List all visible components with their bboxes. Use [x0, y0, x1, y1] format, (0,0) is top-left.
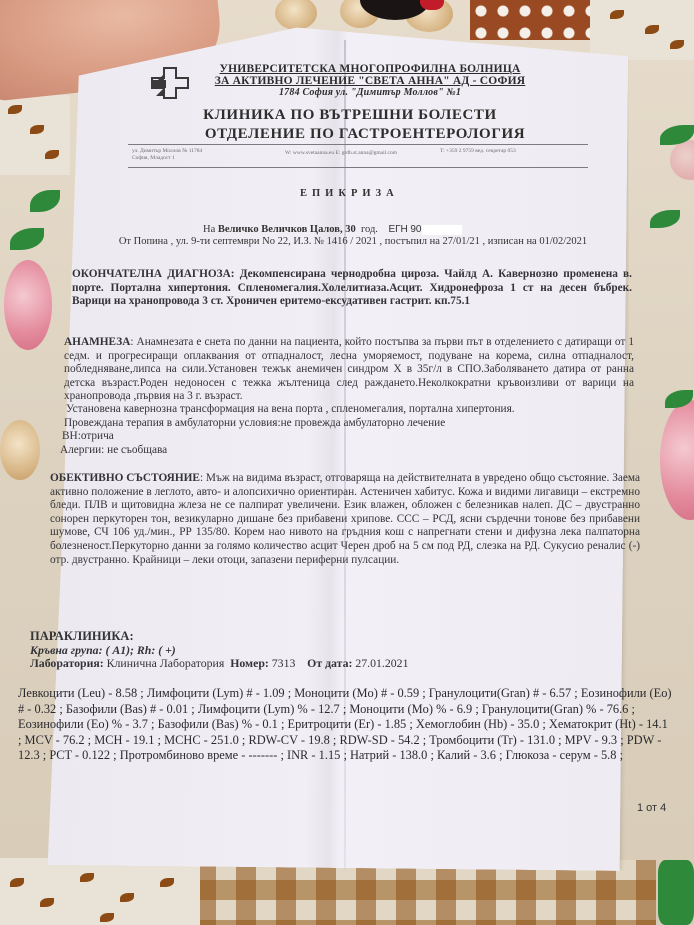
final-diagnosis: ОКОНЧАТЕЛНА ДИАГНОЗА: Декомпенсирана чер… — [72, 268, 632, 309]
lab-result-item: Гранулоцити(Gran) % - 76.6 ; — [482, 702, 635, 716]
objective-heading: ОБЕКТИВНО СЪСТОЯНИЕ — [50, 472, 200, 484]
lab-result-value: 6.9 — [457, 702, 473, 716]
lab-result-item: Тромбоцити (Tr) - 131.0 ; — [429, 733, 564, 747]
lab-result-value: 131.0 — [527, 733, 555, 747]
lab-result-item: Еритроцити (Er) - 1.85 ; — [288, 717, 416, 731]
patient-line: На Величко Величков Цалов, 30 год. ЕГН 9… — [203, 224, 462, 235]
document-title: ЕПИКРИЗА — [300, 188, 399, 199]
lab-result-value: 3.6 — [480, 748, 496, 762]
lab-result-value: 19.8 — [308, 733, 330, 747]
lab-result-value: ------- — [248, 748, 277, 762]
lab-result-value: 9.3 — [602, 733, 618, 747]
lab-result-item: Калий - 3.6 ; — [437, 748, 506, 762]
lab-result-item: MCHC - 251.0 ; — [164, 733, 248, 747]
lab-date-label: От дата: — [307, 656, 352, 670]
lab-result-value: 76.6 — [607, 702, 629, 716]
hospital-address: 1784 София ул. "Димитър Моллов" №1 — [200, 87, 540, 99]
lab-result-name: Тромбоцити (Tr) - — [429, 733, 527, 747]
lab-result-item: Моноцити (Mo) # - 0.59 ; — [294, 686, 429, 700]
diagnosis-heading: ОКОНЧАТЕЛНА ДИАГНОЗА: — [72, 268, 235, 280]
vine-pattern — [0, 858, 200, 925]
lab-result-name: PDW - — [627, 733, 662, 747]
lab-result-value: 5.8 — [601, 748, 617, 762]
lab-result-value: 12.7 — [318, 702, 340, 716]
lab-date: 27.01.2021 — [355, 656, 408, 670]
divider — [128, 144, 588, 145]
lab-result-item: Лимфоцити (Lym) % - 12.7 ; — [198, 702, 350, 716]
hospital-name-line2: за активно лечение "Света Анна" АД - Соф… — [200, 75, 540, 87]
lab-result-name: Еозинофили (Eo) % - — [18, 717, 132, 731]
paraclinic-section: ПАРАКЛИНИКА: Кръвна група: ( A1); Rh: ( … — [30, 630, 660, 671]
lab-result-value: 0.01 — [167, 702, 189, 716]
contact-district: София, Младост 1 — [132, 155, 202, 162]
lab-result-name: Лимфоцити (Lym) % - — [198, 702, 318, 716]
lab-result-name: Калий - — [437, 748, 480, 762]
lab-result-name: Левкоцити (Leu) - — [18, 686, 116, 700]
lab-result-value: 76.2 — [63, 733, 85, 747]
paraclinic-heading: ПАРАКЛИНИКА: — [30, 630, 660, 644]
age-unit: год. — [361, 224, 378, 235]
egn-value: 90 — [410, 224, 421, 235]
lab-result-item: Левкоцити (Leu) - 8.58 ; — [18, 686, 147, 700]
lab-result-value: 14.1 — [646, 717, 668, 731]
hospital-name-line1: Университетска многопрофилна болница — [200, 63, 540, 75]
lab-result-item: Базофили (Bas) % - 0.1 ; — [158, 717, 288, 731]
lab-result-name: RDW-SD - — [339, 733, 398, 747]
lab-result-item: Базофили (Bas) # - 0.01 ; — [66, 702, 198, 716]
anamnesis-line-portal: Установена кавернозна трансформация на в… — [60, 403, 580, 417]
lab-result-name: MPV - — [565, 733, 602, 747]
lab-result-name: Моноцити (Mo) # - — [294, 686, 397, 700]
anamnesis-line-vn: ВН:отрича — [60, 430, 580, 444]
lab-result-item: Хемоглобин (Hb) - 35.0 ; — [416, 717, 549, 731]
clinic-name: КЛИНИКА ПО ВЪТРЕШНИ БОЛЕСТИ — [180, 107, 520, 124]
lab-result-item: Глюкоза - серум - 5.8 ; — [506, 748, 623, 762]
lab-result-item: PCT - 0.122 ; — [49, 748, 119, 762]
lab-result-value: 0.122 — [82, 748, 110, 762]
lab-result-name: Гранулоцити(Gran) % - — [482, 702, 607, 716]
lab-result-item: Лимфоцити (Lym) # - 1.09 ; — [147, 686, 294, 700]
lab-result-item: Протромбиново време - ------- ; — [120, 748, 287, 762]
lab-result-value: 12.3 — [18, 748, 40, 762]
lab-result-name: Гранулоцити(Gran) # - — [429, 686, 550, 700]
lab-result-name: Натрий - — [350, 748, 399, 762]
anamnesis-line-therapy: Провеждана терапия в амбулаторни условия… — [60, 417, 580, 431]
hospital-cross-logo-icon — [150, 66, 190, 100]
lab-result-name: Глюкоза - серум - — [506, 748, 601, 762]
lab-result-name: MCHC - — [164, 733, 211, 747]
lab-result-value: 251.0 — [211, 733, 239, 747]
contact-phone: T: +359 2 9759 вед. секретар 053 — [440, 148, 516, 155]
lab-result-name: Базофили (Bas) # - — [66, 702, 167, 716]
leaf-print — [658, 860, 694, 925]
lab-number-label: Номер: — [230, 656, 269, 670]
lab-result-item: MCV - 76.2 ; — [25, 733, 95, 747]
lab-name: Клинична Лаборатория — [107, 656, 225, 670]
lab-result-value: 1.85 — [385, 717, 407, 731]
anamnesis-text: : Анамнезата е снета по данни на пациент… — [64, 336, 634, 402]
lab-label: Лаборатория: — [30, 656, 104, 670]
lab-header: Лаборатория: Клинична Лаборатория Номер:… — [30, 657, 660, 671]
vine-pattern — [590, 0, 694, 60]
lab-result-name: Базофили (Bas) % - — [158, 717, 263, 731]
lab-result-item: Еозинофили (Eo) % - 3.7 ; — [18, 717, 158, 731]
lab-results-list: Левкоцити (Leu) - 8.58 ; Лимфоцити (Lym)… — [18, 686, 673, 764]
anamnesis-line-allergies: Алергии: не съобщава — [60, 444, 580, 458]
lab-result-item: RDW-SD - 54.2 ; — [339, 733, 429, 747]
lab-result-item: RDW-CV - 19.8 ; — [248, 733, 339, 747]
contact-street: ул. Димитър Моллов № 11784 — [132, 148, 202, 155]
divider — [128, 167, 588, 168]
blood-group: Кръвна група: ( A1); Rh: ( +) — [30, 644, 660, 658]
lab-result-item: MCH - 19.1 ; — [94, 733, 164, 747]
lab-result-value: 35.0 — [518, 717, 540, 731]
lab-result-value: 0.59 — [397, 686, 419, 700]
vine-pattern — [0, 95, 70, 175]
lab-result-name: MCV - — [25, 733, 63, 747]
lab-result-name: Еритроцити (Er) - — [288, 717, 385, 731]
egn-redaction — [422, 225, 462, 235]
anamnesis-section: АНАМНЕЗА: Анамнезата е снета по данни на… — [64, 336, 634, 404]
lab-result-name: Хематокрит (Ht) - — [549, 717, 646, 731]
lab-result-item: Гранулоцити(Gran) # - 6.57 ; — [429, 686, 581, 700]
patient-prefix: На — [203, 224, 215, 235]
lab-result-name: Протромбиново време - — [120, 748, 249, 762]
lab-result-value: 6.57 — [549, 686, 571, 700]
hospital-letterhead: Университетска многопрофилна болница за … — [200, 63, 540, 99]
objective-text: : Мъж на видима възраст, отговаряща на д… — [50, 472, 640, 566]
department-name: ОТДЕЛЕНИЕ ПО ГАСТРОЕНТЕРОЛОГИЯ — [190, 126, 540, 143]
lab-result-name: MCH - — [94, 733, 133, 747]
rose-print — [4, 260, 52, 350]
lab-result-name: INR - — [287, 748, 319, 762]
lab-result-item: INR - 1.15 ; — [287, 748, 350, 762]
egn-label: ЕГН — [388, 224, 407, 235]
lab-result-value: 3.7 — [132, 717, 148, 731]
objective-status-section: ОБЕКТИВНО СЪСТОЯНИЕ: Мъж на видима възра… — [50, 472, 640, 567]
lab-number: 7313 — [272, 656, 296, 670]
lab-result-value: 1.15 — [319, 748, 341, 762]
anamnesis-details: Установена кавернозна трансформация на в… — [60, 403, 580, 457]
lab-result-value: 19.1 — [133, 733, 155, 747]
lab-result-value: 138.0 — [399, 748, 427, 762]
rose-print — [0, 420, 40, 480]
lab-result-item: Натрий - 138.0 ; — [350, 748, 437, 762]
lab-result-value: 8.58 — [116, 686, 138, 700]
anamnesis-heading: АНАМНЕЗА — [64, 336, 130, 348]
lab-result-name: PCT - — [49, 748, 82, 762]
patient-name: Величко Величков Цалов, 30 — [218, 224, 356, 235]
lab-result-name: Моноцити (Mo) % - — [349, 702, 456, 716]
contact-web-email: W: www.svetaanna.eu E: grdh.st.anna@gmai… — [285, 150, 397, 157]
lab-result-name: RDW-CV - — [248, 733, 308, 747]
lab-result-name: Хемоглобин (Hb) - — [416, 717, 518, 731]
admission-details: От Попина , ул. 9-ти септември No 22, И.… — [108, 236, 598, 248]
contact-address: ул. Димитър Моллов № 11784 София, Младос… — [132, 148, 202, 162]
lab-result-name: Лимфоцити (Lym) # - — [147, 686, 263, 700]
lab-result-value: 54.2 — [398, 733, 420, 747]
lab-result-value: 0.1 — [262, 717, 278, 731]
lab-result-value: 0.32 — [35, 702, 57, 716]
lab-result-item: Моноцити (Mo) % - 6.9 ; — [349, 702, 481, 716]
lab-result-item: MPV - 9.3 ; — [565, 733, 627, 747]
lab-result-value: 1.09 — [263, 686, 285, 700]
page-indicator: 1 от 4 — [637, 802, 666, 814]
